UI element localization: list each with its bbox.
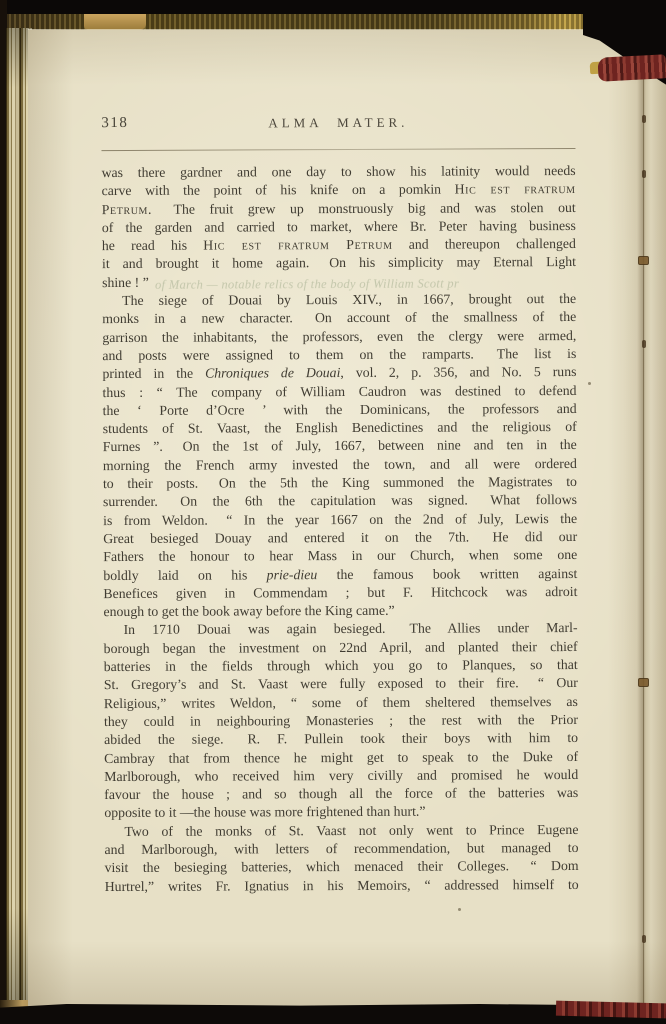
text-line: visit the besieging batteries, which men… <box>105 857 579 877</box>
text-line: and Marlborough, with letters of recomme… <box>104 839 578 859</box>
worn-leather-patch <box>84 14 146 30</box>
running-title: ALMA MATER. <box>101 113 575 132</box>
text-line: Furnes ”. On the 1st of July, 1667, betw… <box>103 436 577 456</box>
text-line: he read his Hic est fratrum Petrum and t… <box>102 235 576 255</box>
text-line: to their posts. On the 5th the King summ… <box>103 473 577 493</box>
text-line: morning the French army invested the tow… <box>103 455 577 475</box>
text-line: thus : “ The company of William Caudron … <box>102 382 576 402</box>
text-line: Religious,” writes Weldon, “ some of the… <box>104 693 578 713</box>
body-text: was there gardner and one day to show hi… <box>102 162 579 896</box>
text-line: Great besieged Douay and entered it on t… <box>103 528 577 548</box>
text-line: is from Weldon. “ In the year 1667 on th… <box>103 510 577 530</box>
text-line: Marlborough, who received him very civil… <box>104 766 578 786</box>
text-line: monks in a new character. On account of … <box>102 308 576 328</box>
text-line: they could in neighbouring Monasteries ;… <box>104 711 578 731</box>
text-line: garrison the inhabitants, the professors… <box>102 327 576 347</box>
text-line: Cambray that from thence he might get to… <box>104 747 578 767</box>
scanned-text-layer: 318 ALMA MATER. of March — notable relic… <box>26 29 666 1008</box>
text-line: Fathers the honour to hear Mass in our C… <box>103 546 577 566</box>
text-line: printed in the Chroniques de Douai, vol.… <box>102 363 576 383</box>
book-page: 318 ALMA MATER. of March — notable relic… <box>28 30 666 1006</box>
headband <box>597 54 666 82</box>
text-line: favour the house ; and so though all the… <box>104 784 578 804</box>
text-line: students of St. Vaast, the English Bened… <box>103 418 577 438</box>
book-photo: 318 ALMA MATER. of March — notable relic… <box>0 0 666 1024</box>
text-line: surrender. On the 6th the capitulation w… <box>103 491 577 511</box>
text-line: Petrum. The fruit grew up monstruously b… <box>102 199 576 219</box>
text-line: of the garden and carried to market, whe… <box>102 217 576 237</box>
cover-edge-red <box>556 1001 666 1019</box>
text-line: In 1710 Douai was again besieged. The Al… <box>104 619 578 639</box>
text-line: the ‘ Porte d’Ocre ’ with the Dominicans… <box>103 400 577 420</box>
text-line: carve with the point of his knife on a p… <box>102 180 576 200</box>
text-line: opposite to it —the house was more frigh… <box>104 802 578 822</box>
text-line: The siege of Douai by Louis XIV., in 166… <box>102 290 576 310</box>
text-line: shine ! ” <box>102 272 576 292</box>
page-header: 318 ALMA MATER. <box>101 111 575 133</box>
text-line: batteries in the fields through which yo… <box>104 656 578 676</box>
text-line: Hurtrel,” writes Fr. Ignatius in his Mem… <box>105 876 579 896</box>
header-rule <box>101 148 575 151</box>
text-line: it and brought it home again. On his sim… <box>102 253 576 273</box>
text-line: boldly laid on his prie-dieu the famous … <box>103 565 577 585</box>
text-line: Two of the monks of St. Vaast not only w… <box>104 821 578 841</box>
text-line: Benefices given in Commendam ; but F. Hi… <box>103 583 577 603</box>
text-line: was there gardner and one day to show hi… <box>102 162 576 182</box>
text-line: abided the siege. R. F. Pullein took the… <box>104 729 578 749</box>
text-line: St. Gregory’s and St. Vaast were fully e… <box>104 674 578 694</box>
text-line: enough to get the book away before the K… <box>103 601 577 621</box>
text-line: borough began the investment on 22nd Apr… <box>104 638 578 658</box>
text-line: and posts were assigned to them on the r… <box>102 345 576 365</box>
